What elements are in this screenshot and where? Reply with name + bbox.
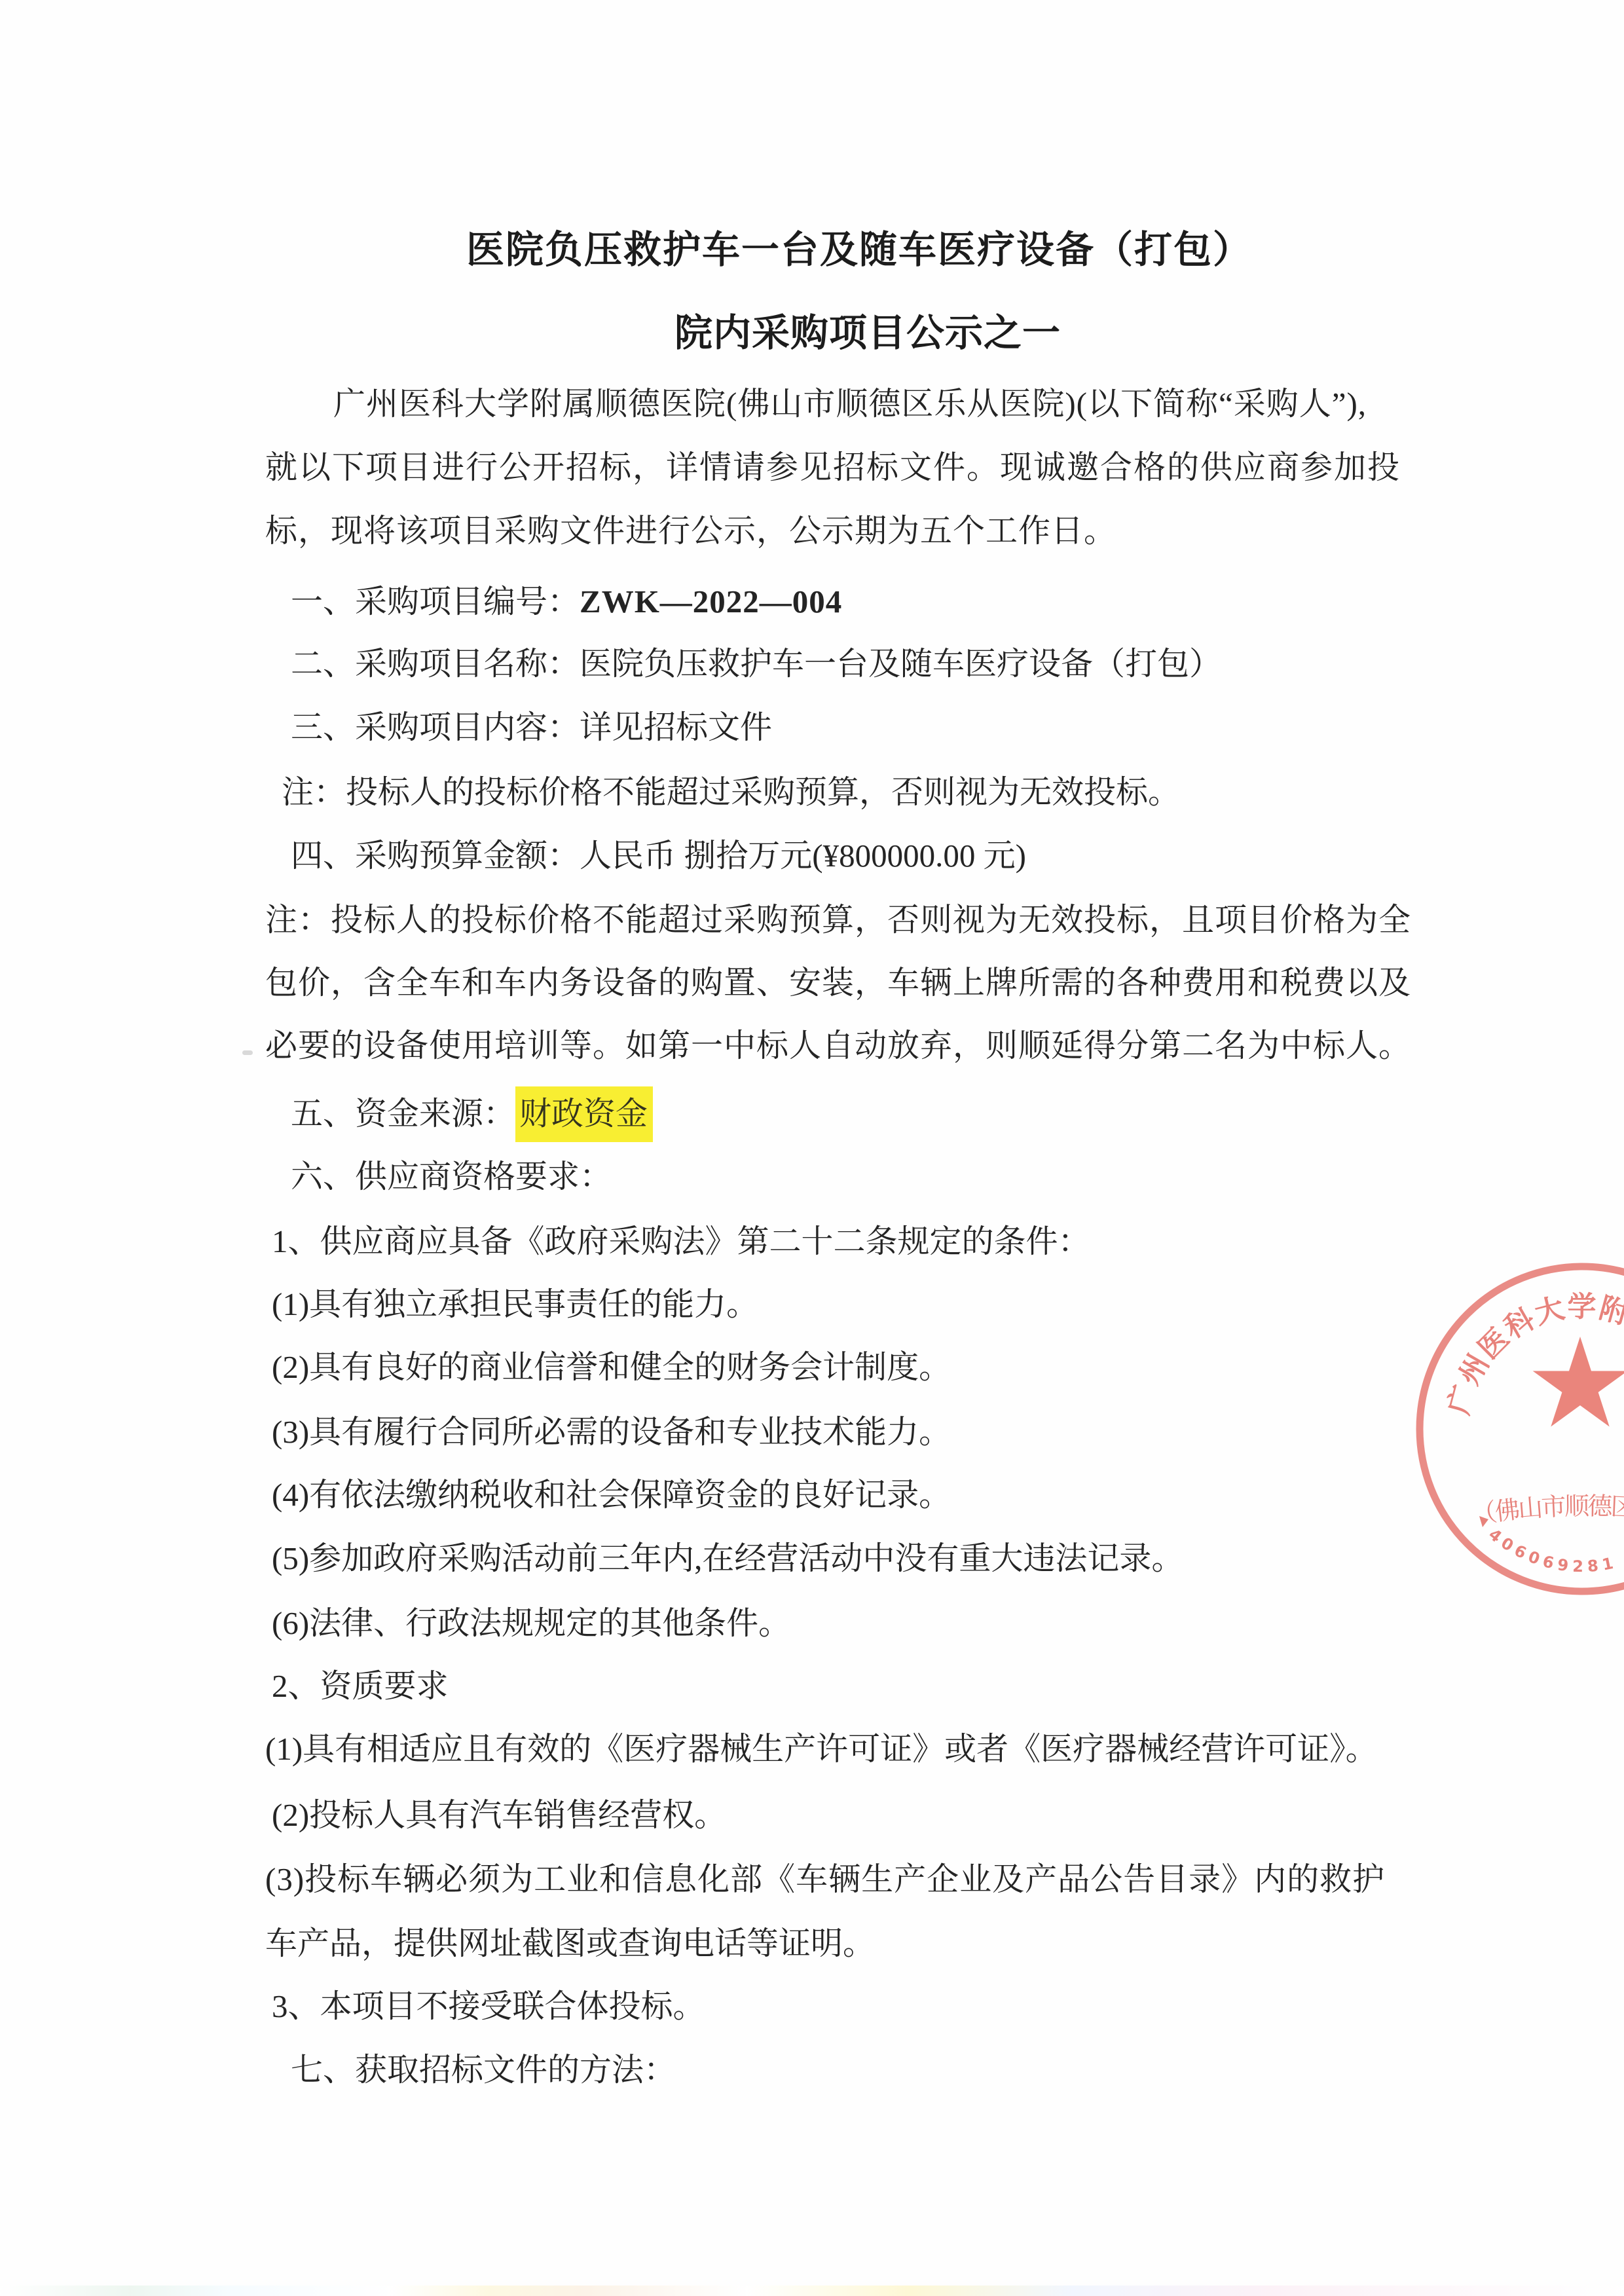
item-project-name: 二、采购项目名称：医院负压救护车一台及随车医疗设备（打包） (291, 644, 1221, 684)
qual-cond-4: (4)有依法缴纳税收和社会保障资金的良好记录。 (272, 1475, 951, 1515)
qual-cond-6: (6)法律、行政法规规定的其他条件。 (272, 1604, 790, 1643)
note2-line-2: 包价，含全车和车内务设备的购置、安装，车辆上牌所需的各种费用和税费以及 (265, 963, 1411, 1003)
project-number-code: ZWK—2022—004 (580, 583, 842, 620)
qual-req-header: 2、资质要求 (272, 1667, 449, 1706)
ink-speck (242, 1050, 253, 1055)
document-page: 医院负压救护车一台及随车医疗设备（打包） 院内采购项目公示之一 广州医科大学附属… (0, 0, 1624, 2296)
qual-cond-5: (5)参加政府采购活动前三年内,在经营活动中没有重大违法记录。 (272, 1539, 1183, 1578)
qual-req-3-line-2: 车产品，提供网址截图或查询电话等证明。 (265, 1924, 875, 1963)
qual-cond-3: (3)具有履行合同所必需的设备和专业技术能力。 (272, 1413, 951, 1452)
svg-text:（佛山市顺德区乐从医院）: （佛山市顺德区乐从医院） (1470, 1493, 1624, 1536)
fund-source-label: 五、资金来源： (291, 1096, 515, 1132)
note2-line-3: 必要的设备使用培训等。如第一中标人自动放弃，则顺延得分第二名为中标人。 (265, 1026, 1411, 1065)
qual-req-3-line-1: (3)投标车辆必须为工业和信息化部《车辆生产企业及产品公告目录》内的救护 (265, 1860, 1385, 1899)
qual-cond-2: (2)具有良好的商业信誉和健全的财务会计制度。 (272, 1348, 951, 1387)
qual-req-1: (1)具有相适应且有效的《医疗器械生产许可证》或者《医疗器械经营许可证》。 (265, 1730, 1378, 1769)
qual-no-consortium: 3、本项目不接受联合体投标。 (272, 1987, 705, 2026)
fund-source-highlight: 财政资金 (515, 1086, 653, 1142)
scan-edge-artifact (0, 2286, 1624, 2296)
qual-cond-1: (1)具有独立承担民事责任的能力。 (272, 1285, 758, 1324)
item-project-number-label: 一、采购项目编号： (291, 583, 580, 620)
qual-req-2: (2)投标人具有汽车销售经营权。 (272, 1796, 726, 1835)
item-obtain-docs: 七、获取招标文件的方法： (291, 2050, 676, 2090)
note2-line-1: 注：投标人的投标价格不能超过采购预算，否则视为无效投标，且项目价格为全 (265, 900, 1411, 940)
item-project-content: 三、采购项目内容：详见招标文件 (291, 708, 772, 747)
doc-title: 医院负压救护车一台及随车医疗设备（打包） (466, 219, 1252, 274)
intro-line-3: 标，现将该项目采购文件进行公示，公示期为五个工作日。 (265, 511, 1116, 551)
intro-line-1: 广州医科大学附属顺德医院(佛山市顺德区乐从医院)(以下简称“采购人”), (333, 384, 1367, 424)
official-seal-stamp: 广州医科大学附属顺德医院 （佛山市顺德区乐从医院） 406069281 (1408, 1241, 1624, 1618)
item-qualification-header: 六、供应商资格要求： (291, 1157, 612, 1196)
intro-line-2: 就以下项目进行公开招标，详情请参见招标文件。现诚邀合格的供应商参加投 (265, 448, 1401, 487)
note-line-1: 注：投标人的投标价格不能超过采购预算，否则视为无效投标。 (282, 773, 1180, 812)
star-icon (1533, 1337, 1624, 1427)
doc-subtitle: 院内采购项目公示之一 (674, 302, 1061, 357)
item-fund-source: 五、资金来源：财政资金 (291, 1094, 653, 1134)
stamp-inner-text: （佛山市顺德区乐从医院） (1470, 1493, 1624, 1536)
item-project-number: 一、采购项目编号：ZWK—2022—004 (291, 582, 842, 621)
qual-line-1: 1、供应商应具备《政府采购法》第二十二条规定的条件： (272, 1222, 1090, 1261)
item-budget: 四、采购预算金额：人民币 捌拾万元(¥800000.00 元) (291, 836, 1026, 876)
